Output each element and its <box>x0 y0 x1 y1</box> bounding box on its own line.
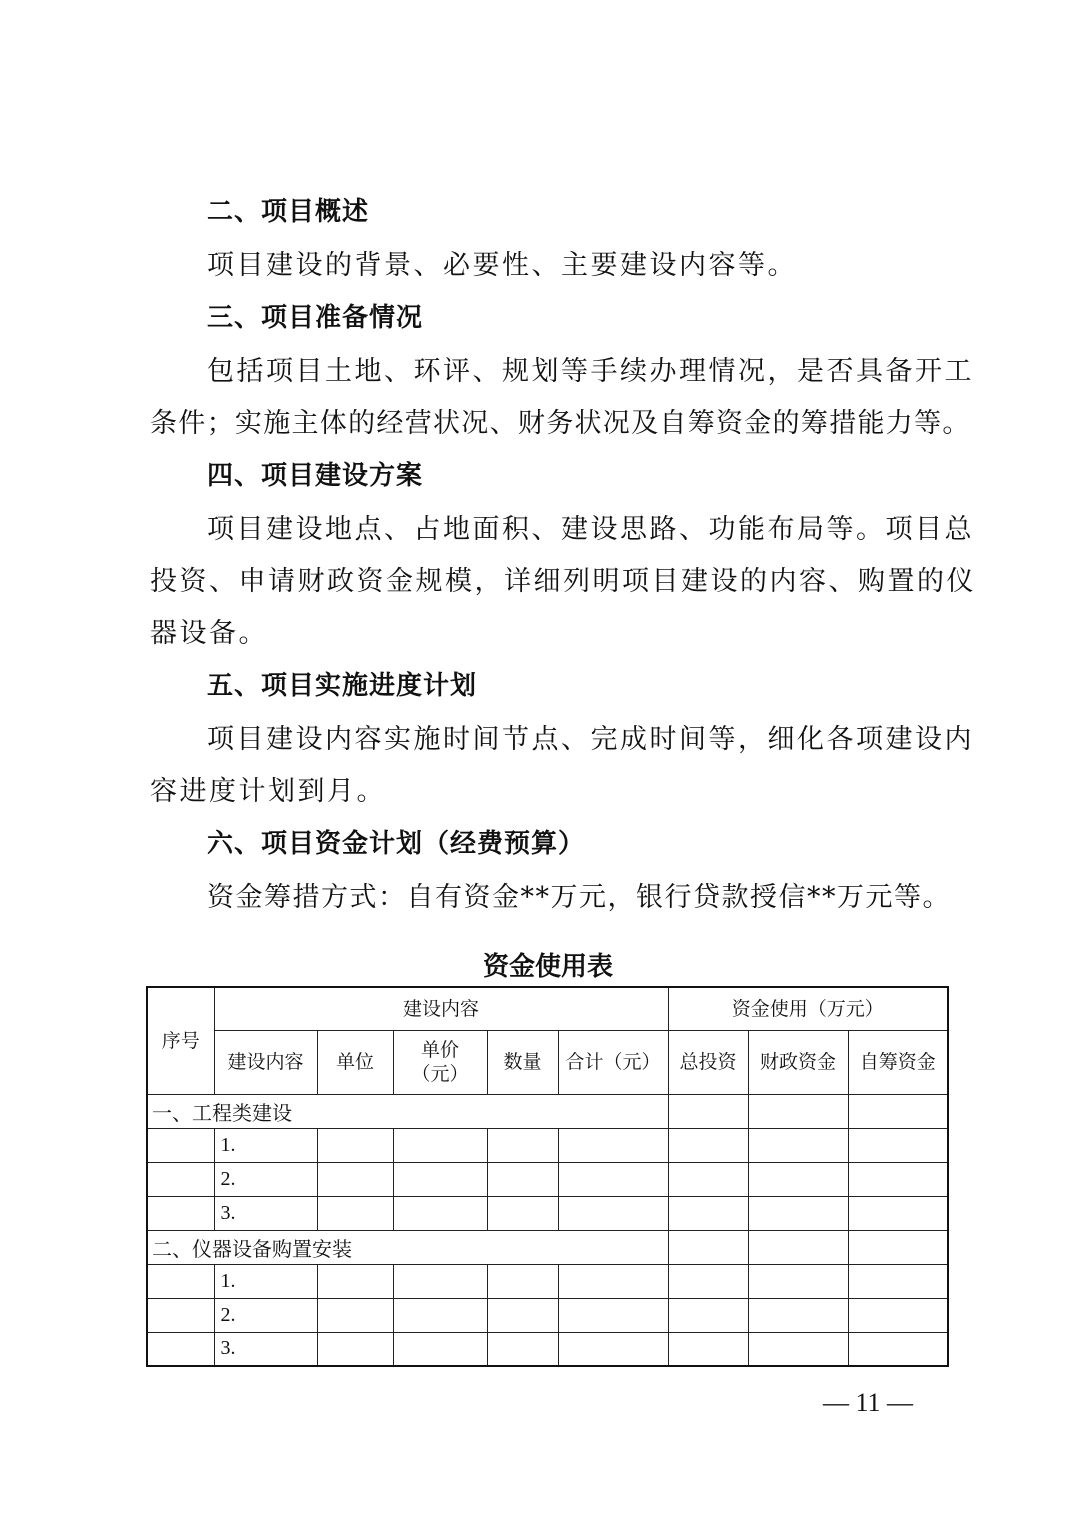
col-construction-content: 建设内容 <box>214 1030 317 1094</box>
paragraph-line: 器设备。 <box>150 616 268 652</box>
funds-usage-table: 序号 建设内容 资金使用（万元） 建设内容 单位 单价（元） 数量 合计（元） … <box>146 986 949 1367</box>
paragraph-line: 项目建设地点、占地面积、建设思路、功能布局等。项目总 <box>207 512 974 548</box>
paragraph-line: 条件；实施主体的经营状况、财务状况及自筹资金的筹措能力等。 <box>150 406 971 442</box>
section-heading: 六、项目资金计划（经费预算） <box>207 826 585 862</box>
section-heading: 二、项目概述 <box>207 194 369 230</box>
col-quantity: 数量 <box>487 1030 558 1094</box>
row-number: 1. <box>214 1128 317 1162</box>
section-heading: 四、项目建设方案 <box>207 458 423 494</box>
paragraph-line: 容进度计划到月。 <box>150 774 386 810</box>
paragraph-line: 资金筹措方式：自有资金**万元，银行贷款授信**万元等。 <box>207 880 951 916</box>
row-number: 3. <box>214 1332 317 1366</box>
col-self-raised-funds: 自筹资金 <box>848 1030 948 1094</box>
header-funds-group: 资金使用（万元） <box>668 987 948 1030</box>
col-unit: 单位 <box>317 1030 393 1094</box>
header-seq: 序号 <box>147 987 214 1094</box>
row-number: 2. <box>214 1162 317 1196</box>
paragraph-line: 包括项目土地、环评、规划等手续办理情况，是否具备开工 <box>207 354 974 390</box>
category-label: 二、仪器设备购置安装 <box>147 1230 668 1264</box>
col-total: 合计（元） <box>558 1030 668 1094</box>
row-number: 2. <box>214 1298 317 1332</box>
col-total-investment: 总投资 <box>668 1030 748 1094</box>
paragraph-line: 投资、申请财政资金规模，详细列明项目建设的内容、购置的仪 <box>150 564 976 600</box>
col-unit-price-line1: 单价 <box>394 1038 487 1062</box>
table-row: 3. <box>147 1196 948 1230</box>
category-row: 二、仪器设备购置安装 <box>147 1230 948 1264</box>
col-fiscal-funds: 财政资金 <box>748 1030 848 1094</box>
table-row: 2. <box>147 1162 948 1196</box>
row-number: 1. <box>214 1264 317 1298</box>
category-row: 一、工程类建设 <box>147 1094 948 1128</box>
row-number: 3. <box>214 1196 317 1230</box>
table-row: 1. <box>147 1128 948 1162</box>
table-row: 1. <box>147 1264 948 1298</box>
paragraph-line: 项目建设内容实施时间节点、完成时间等，细化各项建设内 <box>207 722 974 758</box>
page-number: — 11 — <box>823 1388 913 1418</box>
table-row: 2. <box>147 1298 948 1332</box>
table-caption: 资金使用表 <box>0 946 1080 983</box>
col-unit-price: 单价（元） <box>393 1030 487 1094</box>
section-heading: 三、项目准备情况 <box>207 300 423 336</box>
col-unit-price-line2: （元） <box>394 1062 487 1086</box>
paragraph-line: 项目建设的背景、必要性、主要建设内容等。 <box>207 248 797 284</box>
section-heading: 五、项目实施进度计划 <box>207 668 477 704</box>
category-label: 一、工程类建设 <box>147 1094 668 1128</box>
header-construction-group: 建设内容 <box>214 987 668 1030</box>
table-row: 3. <box>147 1332 948 1366</box>
